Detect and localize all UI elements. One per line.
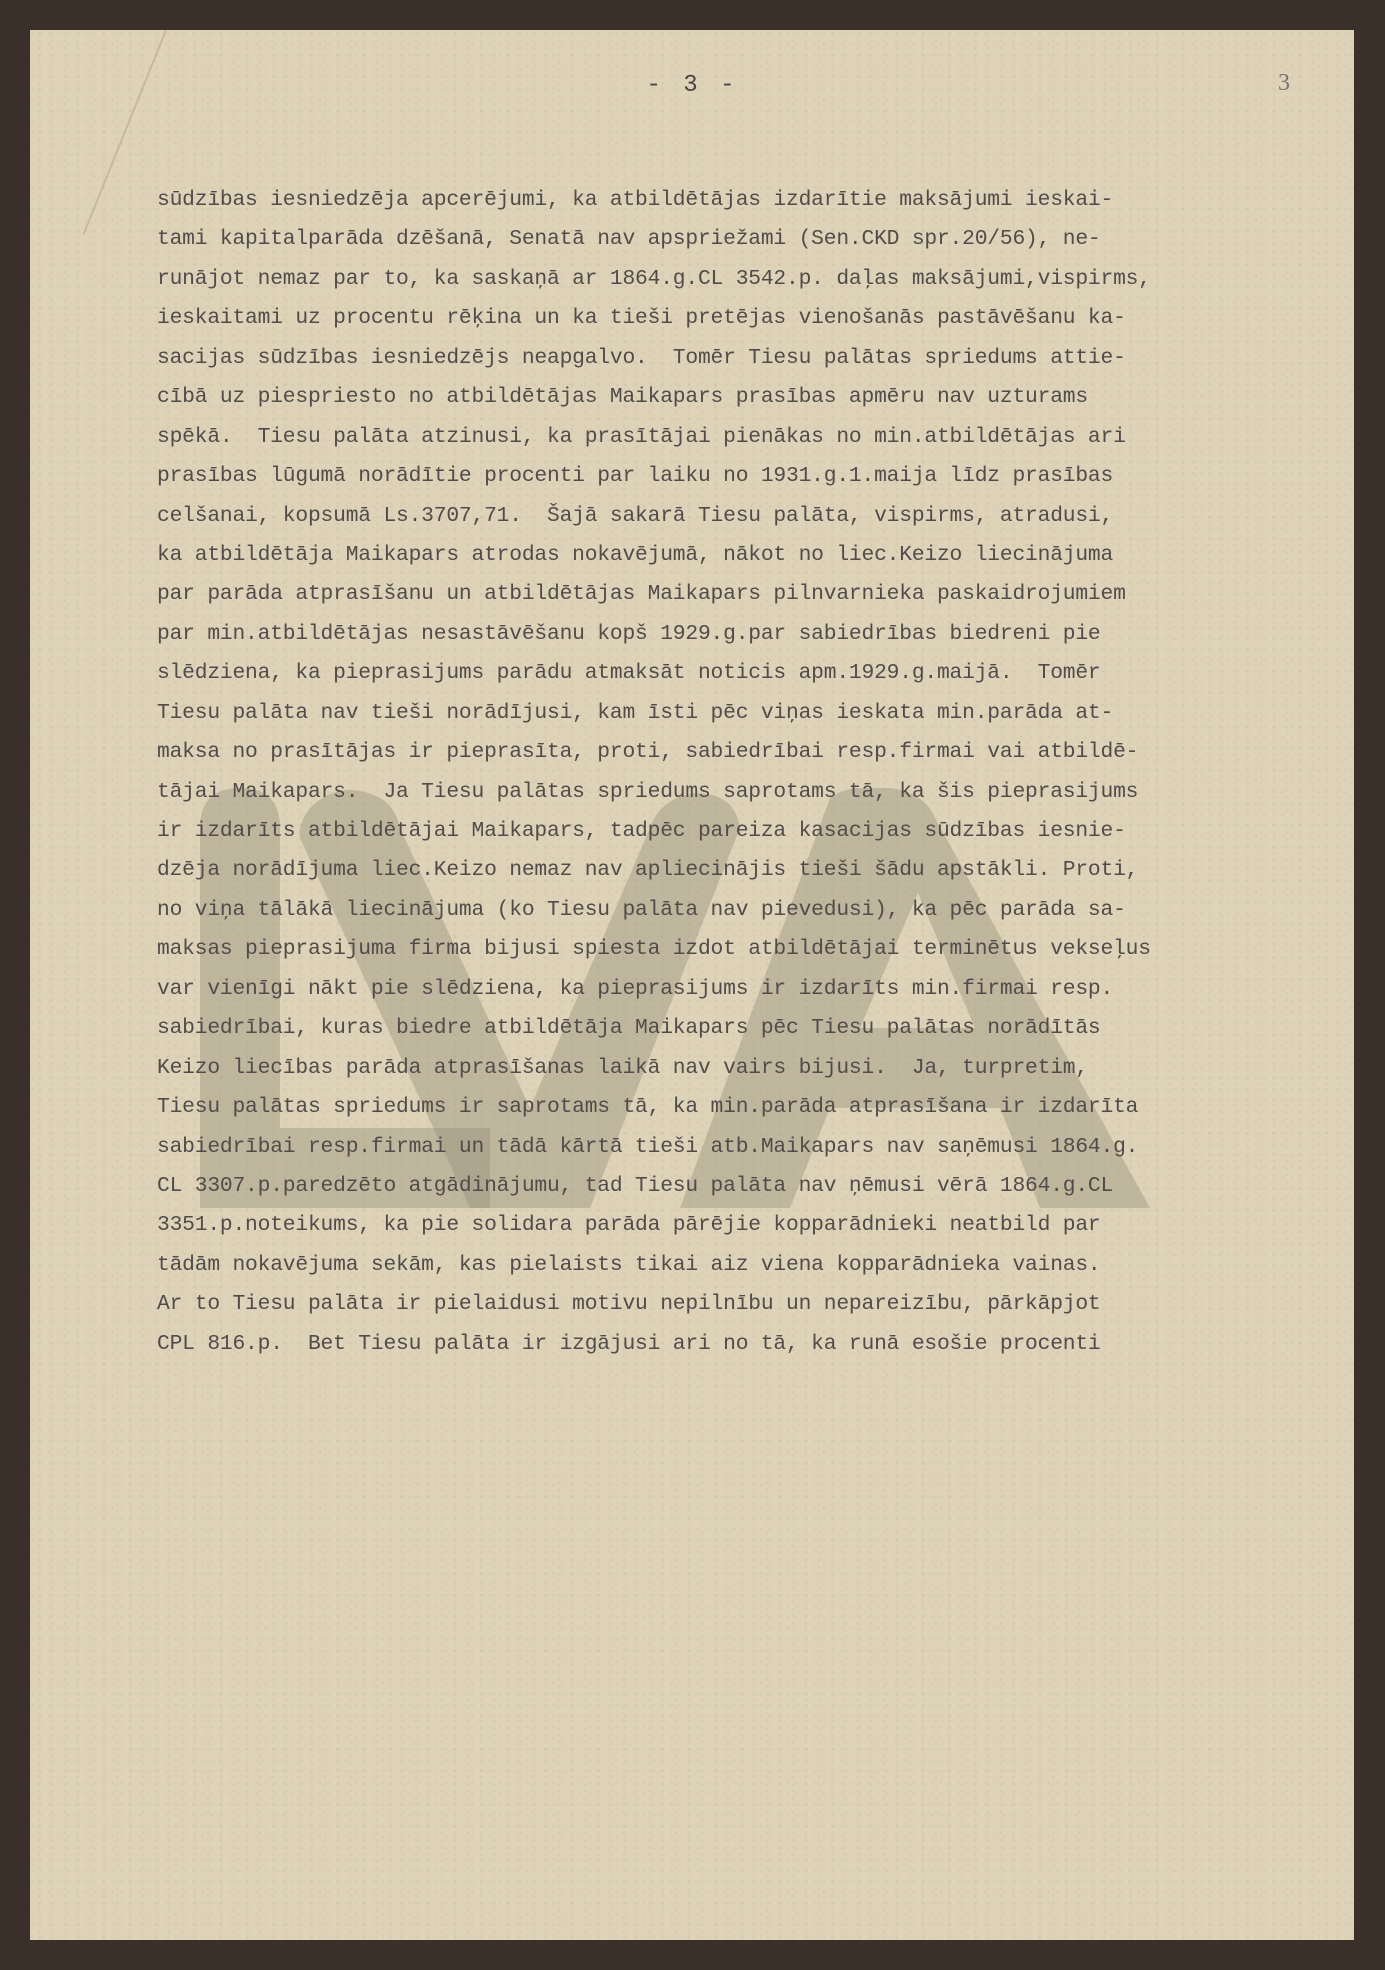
- text-line: slēdziena, ka pieprasijums parādu atmaks…: [157, 654, 1357, 693]
- text-line: no viņa tālākā liecinājuma (ko Tiesu pal…: [157, 891, 1357, 930]
- text-line: maksas pieprasijuma firma bijusi spiesta…: [157, 930, 1357, 969]
- text-line: Tiesu palāta nav tieši norādījusi, kam ī…: [157, 694, 1357, 733]
- text-line: ka atbildētāja Maikapars atrodas nokavēj…: [157, 536, 1357, 575]
- text-line: celšanai, kopsumā Ls.3707,71. Šajā sakar…: [157, 497, 1357, 536]
- text-line: CL 3307.p.paredzēto atgādinājumu, tad Ti…: [157, 1167, 1357, 1206]
- text-line: 3351.p.noteikums, ka pie solidara parāda…: [157, 1206, 1357, 1245]
- text-line: ir izdarīts atbildētājai Maikapars, tadp…: [157, 812, 1357, 851]
- text-line: tādām nokavējuma sekām, kas pielaists ti…: [157, 1246, 1357, 1285]
- text-line: Ar to Tiesu palāta ir pielaidusi motivu …: [157, 1285, 1357, 1324]
- text-line: cībā uz piespriesto no atbildētājas Maik…: [157, 378, 1357, 417]
- typewritten-text-body: sūdzības iesniedzēja apcerējumi, ka atbi…: [157, 181, 1357, 1364]
- text-line: maksa no prasītājas ir pieprasīta, proti…: [157, 733, 1357, 772]
- text-line: sabiedrībai resp.firmai un tādā kārtā ti…: [157, 1128, 1357, 1167]
- text-line: Tiesu palātas spriedums ir saprotams tā,…: [157, 1088, 1357, 1127]
- text-line: ieskaitami uz procentu rēķina un ka tieš…: [157, 299, 1357, 338]
- text-line: par min.atbildētājas nesastāvēšanu kopš …: [157, 615, 1357, 654]
- text-line: Keizo liecības parāda atprasīšanas laikā…: [157, 1049, 1357, 1088]
- text-line: CPL 816.p. Bet Tiesu palāta ir izgājusi …: [157, 1325, 1357, 1364]
- page-header-number: - 3 -: [0, 72, 1385, 99]
- text-line: runājot nemaz par to, ka saskaņā ar 1864…: [157, 260, 1357, 299]
- text-line: dzēja norādījuma liec.Keizo nemaz nav ap…: [157, 851, 1357, 890]
- text-line: spēkā. Tiesu palāta atzinusi, ka prasītā…: [157, 418, 1357, 457]
- corner-page-number: 3: [1278, 70, 1290, 97]
- text-line: tami kapitalparāda dzēšanā, Senatā nav a…: [157, 220, 1357, 259]
- paper-fold-crease: [83, 30, 167, 235]
- text-line: sabiedrībai, kuras biedre atbildētāja Ma…: [157, 1009, 1357, 1048]
- text-line: sacijas sūdzības iesniedzējs neapgalvo. …: [157, 339, 1357, 378]
- text-line: sūdzības iesniedzēja apcerējumi, ka atbi…: [157, 181, 1357, 220]
- text-line: prasības lūgumā norādītie procenti par l…: [157, 457, 1357, 496]
- text-line: par parāda atprasīšanu un atbildētājas M…: [157, 575, 1357, 614]
- text-line: tājai Maikapars. Ja Tiesu palātas spried…: [157, 773, 1357, 812]
- text-line: var vienīgi nākt pie slēdziena, ka piepr…: [157, 970, 1357, 1009]
